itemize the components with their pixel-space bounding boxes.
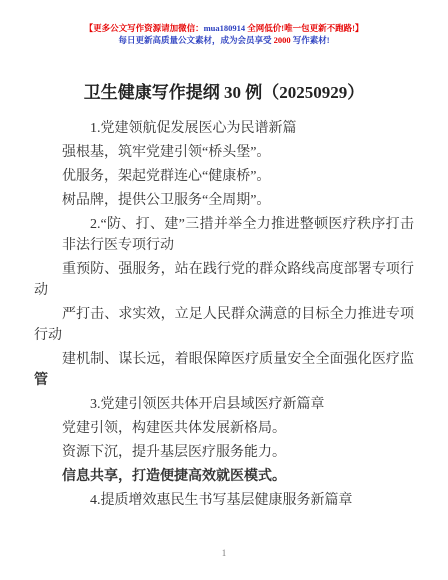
promo-material-count: 2000: [274, 35, 291, 45]
promo-line1-suffix: 全网低价!唯一包更新不跑路!】: [245, 23, 363, 33]
outline-heading: 3.党建引领医共体开启县域医疗新篇章: [62, 394, 414, 415]
text-run: 强根基，筑牢党建引领“桥头堡”。: [62, 145, 270, 160]
outline-item: 强根基，筑牢党建引领“桥头堡”。: [34, 142, 414, 163]
promo-line-1: 【更多公文写作资源请加微信：mua180914 全网低价!唯一包更新不跑路!】: [0, 22, 448, 34]
text-run: 严打击、求实效，立足人民群众满意的目标全力推进专项行动: [34, 307, 414, 343]
promo-line-2: 每日更新高质量公文素材，成为会员享受 2000 写作素材!: [0, 34, 448, 46]
outline-item: 优服务，架起党群连心“健康桥”。: [34, 166, 414, 187]
outline-heading: 2.“防、打、建”三措并举全力推进整顿医疗秩序打击非法行医专项行动: [62, 214, 414, 256]
promo-header: 【更多公文写作资源请加微信：mua180914 全网低价!唯一包更新不跑路!】 …: [0, 0, 448, 46]
text-run: 4.提质增效惠民生书写基层健康服务新篇章: [90, 493, 353, 508]
text-run: 优服务，架起党群连心“健康桥”。: [62, 169, 270, 184]
document-body: 1.党建领航促发展医心为民谱新篇强根基，筑牢党建引领“桥头堡”。优服务，架起党群…: [34, 118, 414, 511]
document-title: 卫生健康写作提纲 30 例（20250929）: [34, 82, 414, 104]
text-run: 党建引领，构建医共体发展新格局。: [62, 421, 286, 436]
outline-item: 树品牌，提供公卫服务“全周期”。: [34, 190, 414, 211]
text-run: 管: [34, 373, 48, 388]
outline-heading: 1.党建领航促发展医心为民谱新篇: [62, 118, 414, 139]
page-number: 1: [0, 548, 448, 558]
outline-item: 严打击、求实效，立足人民群众满意的目标全力推进专项行动: [34, 304, 414, 346]
promo-line2-prefix: 每日更新高质量公文素材，成为会员享受: [118, 35, 273, 45]
outline-item: 信息共享，打造便捷高效就医模式。: [34, 466, 414, 487]
outline-item: 建机制、谋长远，着眼保障医疗质量安全全面强化医疗监管: [34, 349, 414, 391]
promo-line1-prefix: 【更多公文写作资源请加微信：: [85, 23, 204, 33]
outline-item: 重预防、强服务，站在践行党的群众路线高度部署专项行动: [34, 259, 414, 301]
text-run: 资源下沉，提升基层医疗服务能力。: [62, 445, 286, 460]
text-run: 信息共享，打造便捷高效就医模式。: [62, 469, 286, 484]
outline-heading: 4.提质增效惠民生书写基层健康服务新篇章: [62, 490, 414, 511]
text-run: 1.党建领航促发展医心为民谱新篇: [90, 121, 297, 136]
text-run: 建机制、谋长远，着眼保障医疗质量安全全面强化医疗监: [62, 352, 414, 367]
outline-item: 党建引领，构建医共体发展新格局。: [34, 418, 414, 439]
text-run: 2.“防、打、建”三措并举全力推进整顿医疗秩序打击非法行医专项行动: [62, 217, 414, 253]
text-run: 重预防、强服务，站在践行党的群众路线高度部署专项行动: [34, 262, 414, 298]
outline-item: 资源下沉，提升基层医疗服务能力。: [34, 442, 414, 463]
promo-wechat-account: mua180914: [204, 23, 246, 33]
promo-line2-suffix: 写作素材!: [291, 35, 330, 45]
text-run: 树品牌，提供公卫服务“全周期”。: [62, 193, 270, 208]
document-page: 【更多公文写作资源请加微信：mua180914 全网低价!唯一包更新不跑路!】 …: [0, 0, 448, 580]
text-run: 3.党建引领医共体开启县域医疗新篇章: [90, 397, 325, 412]
